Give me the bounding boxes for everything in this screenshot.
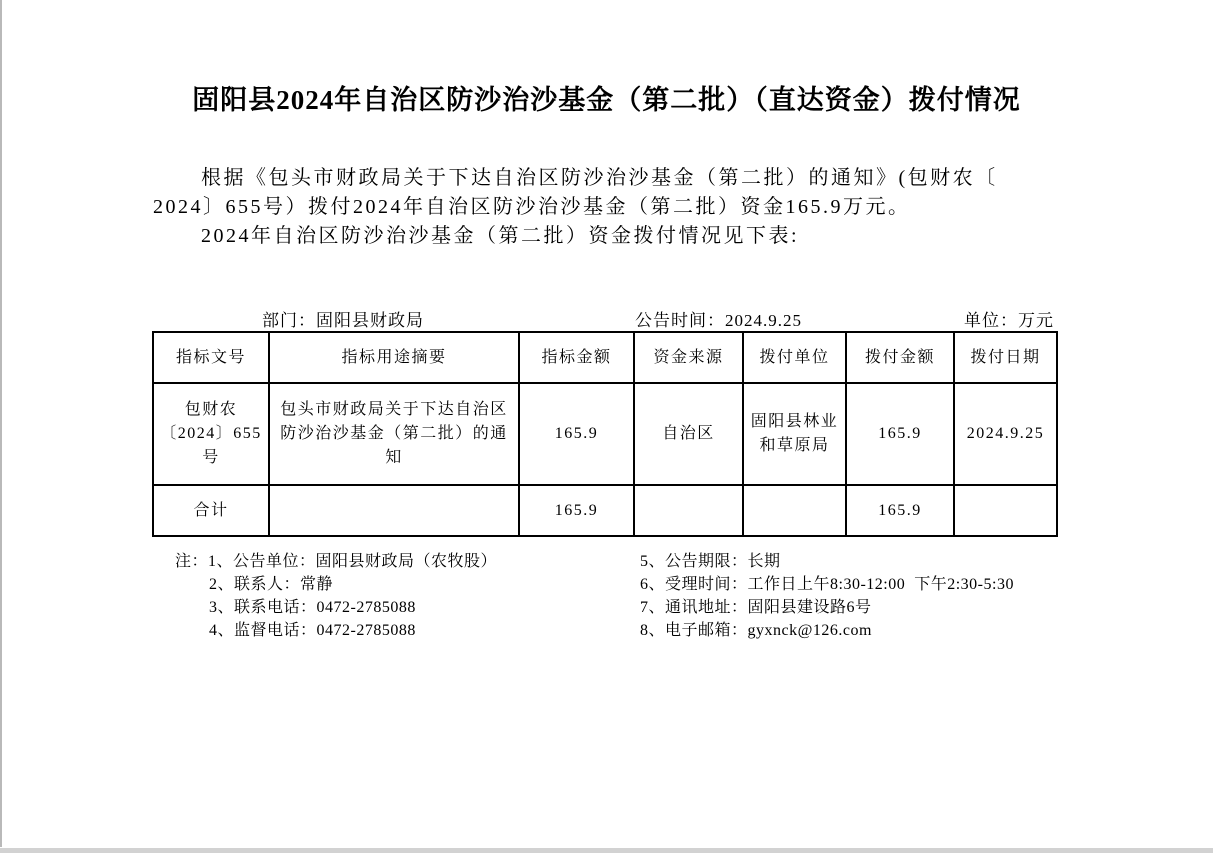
header-fund-source: 资金来源 bbox=[634, 332, 743, 383]
paragraph-1-line-2: 2024〕655号）拨付2024年自治区防沙治沙基金（第二批）资金165.9万元… bbox=[153, 193, 1063, 222]
note-office-hours: 6、受理时间：工作日上午8:30-12:00 下午2:30-5:30 bbox=[640, 573, 1014, 596]
document-page: { "page": { "title": "固阳县2024年自治区防沙治沙基金（… bbox=[0, 0, 1213, 853]
notes-right-column: 5、公告期限：长期 6、受理时间：工作日上午8:30-12:00 下午2:30-… bbox=[640, 550, 1014, 642]
note-contact-phone: 3、联系电话：0472-2785088 bbox=[209, 596, 497, 619]
table-header-row: 指标文号 指标用途摘要 指标金额 资金来源 拨付单位 拨付金额 拨付日期 bbox=[153, 332, 1057, 383]
paragraph-2: 2024年自治区防沙治沙基金（第二批）资金拨付情况见下表: bbox=[153, 222, 1063, 251]
cell-pay-date: 2024.9.25 bbox=[954, 383, 1057, 485]
cell-pay-amount: 165.9 bbox=[846, 383, 954, 485]
cell-pay-unit: 固阳县林业和草原局 bbox=[743, 383, 846, 485]
table-meta-row: 部门：固阳县财政局 公告时间：2024.9.25 单位：万元 bbox=[152, 306, 1056, 331]
table-row-data: 包财农〔2024〕655号 包头市财政局关于下达自治区防沙治沙基金（第二批）的通… bbox=[153, 383, 1057, 485]
announce-time-label: 公告时间：2024.9.25 bbox=[635, 306, 802, 331]
note-announce-period: 5、公告期限：长期 bbox=[640, 550, 1014, 573]
total-use-summary bbox=[269, 485, 519, 536]
cell-indicator-amount: 165.9 bbox=[519, 383, 634, 485]
note-mail-address: 7、通讯地址：固阳县建设路6号 bbox=[640, 596, 1014, 619]
intro-paragraphs: 根据《包头市财政局关于下达自治区防沙治沙基金（第二批）的通知》(包财农〔 202… bbox=[153, 164, 1063, 251]
total-pay-amount: 165.9 bbox=[846, 485, 954, 536]
total-label: 合计 bbox=[153, 485, 269, 536]
disbursement-table: 指标文号 指标用途摘要 指标金额 资金来源 拨付单位 拨付金额 拨付日期 包财农… bbox=[152, 331, 1058, 537]
total-pay-unit bbox=[743, 485, 846, 536]
table-row-total: 合计 165.9 165.9 bbox=[153, 485, 1057, 536]
department-label: 部门：固阳县财政局 bbox=[262, 306, 424, 331]
cell-fund-source: 自治区 bbox=[634, 383, 743, 485]
note-contact-person: 2、联系人：常静 bbox=[209, 573, 497, 596]
page-title: 固阳县2024年自治区防沙治沙基金（第二批）（直达资金）拨付情况 bbox=[0, 78, 1213, 117]
unit-label: 单位：万元 bbox=[964, 306, 1054, 331]
header-indicator-amount: 指标金额 bbox=[519, 332, 634, 383]
total-fund-source bbox=[634, 485, 743, 536]
header-doc-number: 指标文号 bbox=[153, 332, 269, 383]
cell-use-summary: 包头市财政局关于下达自治区防沙治沙基金（第二批）的通知 bbox=[269, 383, 519, 485]
total-indicator-amount: 165.9 bbox=[519, 485, 634, 536]
paragraph-1-line-1: 根据《包头市财政局关于下达自治区防沙治沙基金（第二批）的通知》(包财农〔 bbox=[153, 164, 1063, 193]
note-email: 8、电子邮箱：gyxnck@126.com bbox=[640, 619, 1014, 642]
window-left-edge bbox=[0, 0, 2, 847]
header-pay-unit: 拨付单位 bbox=[743, 332, 846, 383]
window-bottom-edge bbox=[0, 848, 1213, 853]
total-pay-date bbox=[954, 485, 1057, 536]
cell-doc-number: 包财农〔2024〕655号 bbox=[153, 383, 269, 485]
note-announce-unit: 注：1、公告单位：固阳县财政局（农牧股） bbox=[175, 550, 497, 573]
notes-left-column: 注：1、公告单位：固阳县财政局（农牧股） 2、联系人：常静 3、联系电话：047… bbox=[175, 550, 497, 642]
note-supervise-phone: 4、监督电话：0472-2785088 bbox=[209, 619, 497, 642]
header-use-summary: 指标用途摘要 bbox=[269, 332, 519, 383]
header-pay-date: 拨付日期 bbox=[954, 332, 1057, 383]
header-pay-amount: 拨付金额 bbox=[846, 332, 954, 383]
